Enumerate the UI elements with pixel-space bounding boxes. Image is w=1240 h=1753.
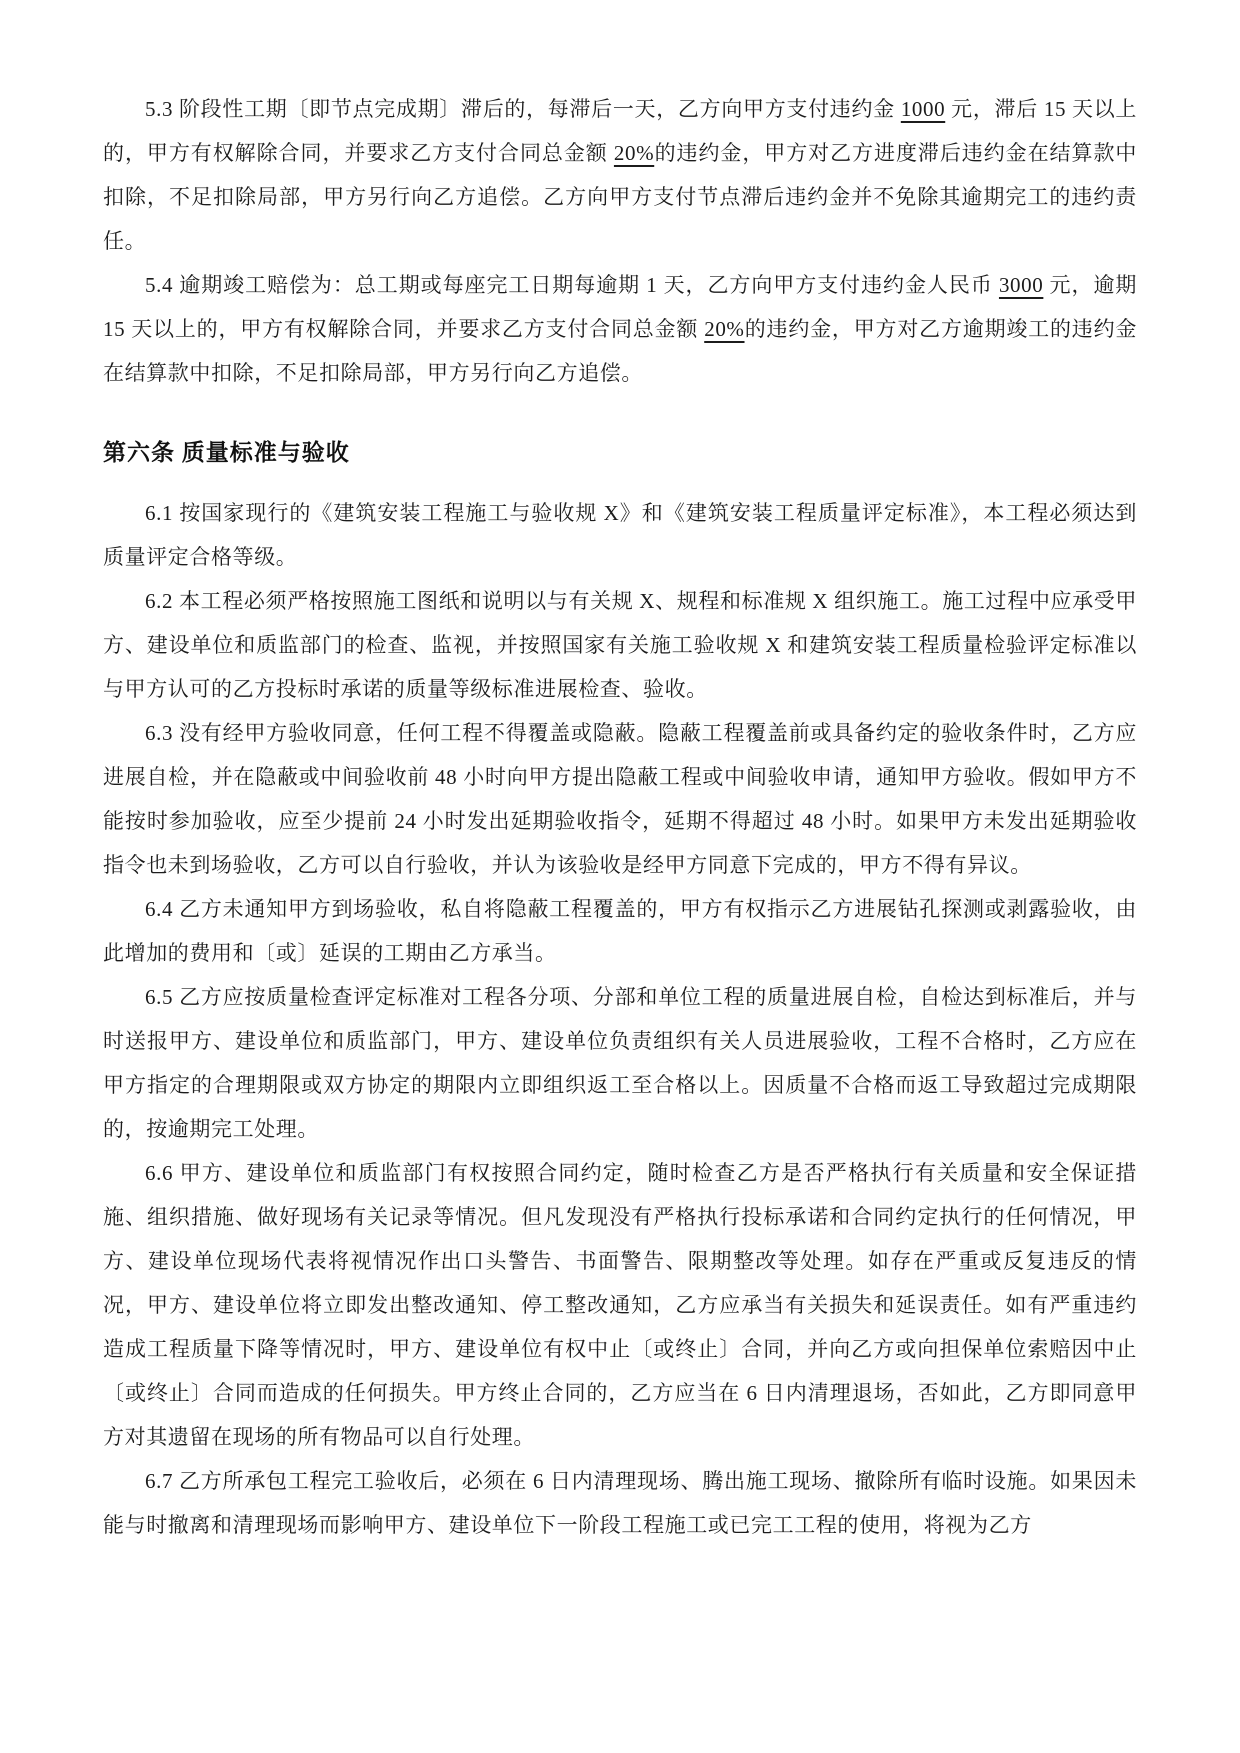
text-run: 6.5 乙方应按质量检查评定标准对工程各分项、分部和单位工程的质量进展自检，自检… xyxy=(103,985,1137,1141)
contract-paragraph: 6.1 按国家现行的《建筑安装工程施工与验收规 X》和《建筑安装工程质量评定标准… xyxy=(103,491,1137,579)
underlined-value: 1000 xyxy=(901,97,945,121)
underlined-value: 20% xyxy=(704,317,744,341)
contract-page: 5.3 阶段性工期〔即节点完成期〕滞后的，每滞后一天，乙方向甲方支付违约金 10… xyxy=(0,0,1240,1753)
contract-paragraph: 6.4 乙方未通知甲方到场验收，私自将隐蔽工程覆盖的，甲方有权指示乙方进展钻孔探… xyxy=(103,887,1137,975)
contract-paragraph: 6.7 乙方所承包工程完工验收后，必须在 6 日内清理现场、腾出施工现场、撤除所… xyxy=(103,1459,1137,1547)
text-run: 5.3 阶段性工期〔即节点完成期〕滞后的，每滞后一天，乙方向甲方支付违约金 xyxy=(145,97,901,121)
contract-paragraph: 6.5 乙方应按质量检查评定标准对工程各分项、分部和单位工程的质量进展自检，自检… xyxy=(103,975,1137,1151)
contract-paragraph: 5.4 逾期竣工赔偿为：总工期或每座完工日期每逾期 1 天，乙方向甲方支付违约金… xyxy=(103,263,1137,395)
text-run: 6.3 没有经甲方验收同意，任何工程不得覆盖或隐蔽。隐蔽工程覆盖前或具备约定的验… xyxy=(103,721,1137,877)
contract-paragraph: 6.6 甲方、建设单位和质监部门有权按照合同约定，随时检查乙方是否严格执行有关质… xyxy=(103,1151,1137,1459)
document-body: 5.3 阶段性工期〔即节点完成期〕滞后的，每滞后一天，乙方向甲方支付违约金 10… xyxy=(0,0,1240,1607)
text-run: 6.2 本工程必须严格按照施工图纸和说明以与有关规 X、规程和标准规 X 组织施… xyxy=(103,589,1137,701)
text-run: 6.1 按国家现行的《建筑安装工程施工与验收规 X》和《建筑安装工程质量评定标准… xyxy=(103,501,1137,569)
underlined-value: 3000 xyxy=(999,273,1043,297)
text-run: 6.6 甲方、建设单位和质监部门有权按照合同约定，随时检查乙方是否严格执行有关质… xyxy=(103,1161,1137,1449)
section-heading: 第六条 质量标准与验收 xyxy=(103,431,1137,475)
contract-paragraph: 6.3 没有经甲方验收同意，任何工程不得覆盖或隐蔽。隐蔽工程覆盖前或具备约定的验… xyxy=(103,711,1137,887)
text-run: 6.4 乙方未通知甲方到场验收，私自将隐蔽工程覆盖的，甲方有权指示乙方进展钻孔探… xyxy=(103,897,1137,965)
text-run: 第六条 质量标准与验收 xyxy=(103,440,350,465)
text-run: 6.7 乙方所承包工程完工验收后，必须在 6 日内清理现场、腾出施工现场、撤除所… xyxy=(103,1469,1137,1537)
contract-paragraph: 6.2 本工程必须严格按照施工图纸和说明以与有关规 X、规程和标准规 X 组织施… xyxy=(103,579,1137,711)
underlined-value: 20% xyxy=(614,141,654,165)
contract-paragraph: 5.3 阶段性工期〔即节点完成期〕滞后的，每滞后一天，乙方向甲方支付违约金 10… xyxy=(103,87,1137,263)
text-run: 5.4 逾期竣工赔偿为：总工期或每座完工日期每逾期 1 天，乙方向甲方支付违约金… xyxy=(145,273,999,297)
